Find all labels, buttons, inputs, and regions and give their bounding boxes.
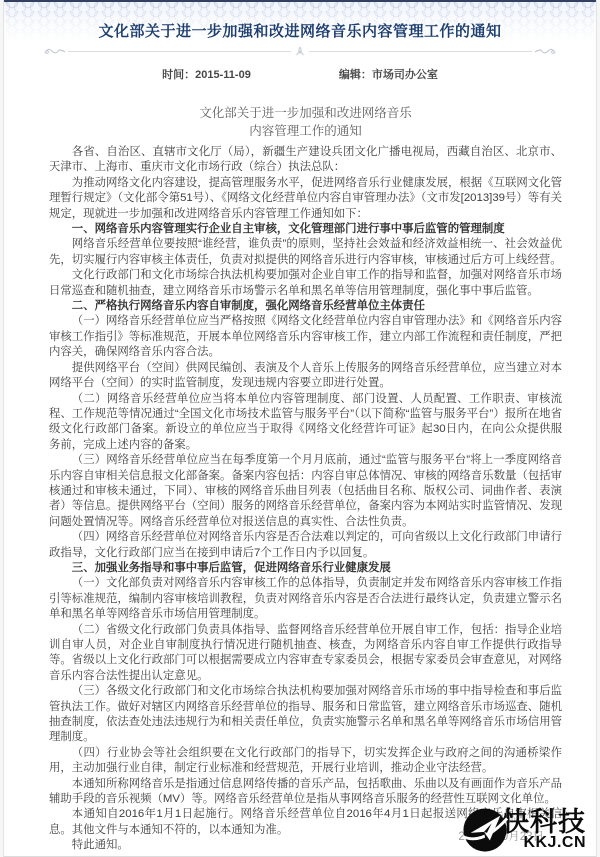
flourish-center-icon: [291, 46, 309, 56]
paragraph: （二）网络音乐经营单位应当将本单位内容管理制度、部门设置、人员配置、工作职责、审…: [49, 392, 562, 454]
page-title: 文化部关于进一步加强和改进网络音乐内容管理工作的通知: [98, 20, 501, 42]
paragraph: 为推动网络文化内容建设，提高管理服务水平，促进网络音乐行业健康发展，根据《互联网…: [49, 176, 562, 222]
editor: 编辑：市场司办公室: [339, 66, 438, 82]
paragraph: 各省、自治区、直辖市文化厅（局），新疆生产建设兵团文化广播电视局，西藏自治区、北…: [49, 145, 562, 176]
paragraph-list: 各省、自治区、直辖市文化厅（局），新疆生产建设兵团文化广播电视局，西藏自治区、北…: [49, 145, 562, 854]
ornamental-divider: [42, 45, 558, 57]
paragraph: 二、严格执行网络音乐内容自审制度，强化网络音乐经营单位主体责任: [49, 299, 562, 314]
watermark-text: 快科技 KKJ.CN: [502, 809, 586, 851]
divider-line-right: [309, 51, 532, 52]
publish-time: 时间：2015-11-09: [162, 66, 251, 82]
paragraph: （一）文化部负责对网络音乐内容审核工作的总体指导，负责制定并发布网络音乐内容审核…: [49, 576, 562, 622]
kkj-watermark: 快科技 KKJ.CN: [462, 807, 586, 853]
paragraph: 提供网络平台（空间）供网民编创、表演及个人音乐上传服务的网络音乐经营单位，应当建…: [49, 361, 562, 392]
publish-time-value: 2015-11-09: [195, 69, 251, 81]
paragraph: （四）行业协会等社会组织要在文化行政部门的指导下，切实发挥企业与政府之间的沟通桥…: [49, 746, 562, 777]
document-heading-line2: 内容管理工作的通知: [49, 122, 562, 140]
flourish-right-icon: [532, 46, 558, 56]
decorative-wave-band: 文化部关于进一步加强和改进网络音乐内容管理工作的通知: [4, 2, 596, 42]
editor-label: 编辑：: [339, 69, 372, 81]
paragraph: （二）省级文化行政部门负责具体指导、监督网络音乐经营单位开展自审工作，包括：指导…: [49, 623, 562, 685]
flourish-left-icon: [42, 46, 68, 56]
paragraph: 文化行政部门和文化市场综合执法机构要加强对企业自审工作的指导和监督，加强对网络音…: [49, 268, 562, 299]
divider-line-left: [68, 51, 291, 52]
editor-value: 市场司办公室: [372, 69, 438, 81]
paragraph: 一、网络音乐内容管理实行企业自主审核，文化管理部门进行事中事后监管的管理制度: [49, 222, 562, 237]
document-heading: 文化部关于进一步加强和改进网络音乐 内容管理工作的通知: [49, 104, 562, 140]
paragraph: （三）网络音乐经营单位应当在每季度第一个月月底前，通过“监管与服务平台”将上一季…: [49, 453, 562, 530]
paper-plane-icon: [462, 807, 508, 853]
paragraph: （一）网络音乐经营单位应当严格按照《网络文化经营单位内容自审管理办法》和《网络音…: [49, 314, 562, 360]
paragraph: 网络音乐经营单位要按照“谁经营，谁负责”的原则，坚持社会效益和经济效益相统一、社…: [49, 237, 562, 268]
article-page: 文化部关于进一步加强和改进网络音乐内容管理工作的通知 时间：2015-11-09…: [3, 0, 597, 857]
paragraph: 三、加强业务指导和事中事后监管，促进网络音乐行业健康发展: [49, 561, 562, 576]
article-meta: 时间：2015-11-09 编辑：市场司办公室: [4, 66, 596, 82]
paragraph: （三）各级文化行政部门和文化市场综合执法机构要加强对网络音乐市场的事中指导检查和…: [49, 684, 562, 746]
paragraph: 本通知所称网络音乐是指通过信息网络传播的音乐产品，包括歌曲、乐曲以及有画面作为音…: [49, 777, 562, 808]
document-heading-line1: 文化部关于进一步加强和改进网络音乐: [49, 104, 562, 122]
watermark-domain: KKJ.CN: [502, 835, 586, 851]
paragraph: （四）网络音乐经营单位对网络音乐内容是否合法难以判定的，可向省级以上文化行政部门…: [49, 530, 562, 561]
watermark-brand: 快科技: [502, 809, 586, 835]
publish-time-label: 时间：: [162, 69, 195, 81]
article-body: 文化部关于进一步加强和改进网络音乐 内容管理工作的通知 各省、自治区、直辖市文化…: [4, 82, 596, 854]
